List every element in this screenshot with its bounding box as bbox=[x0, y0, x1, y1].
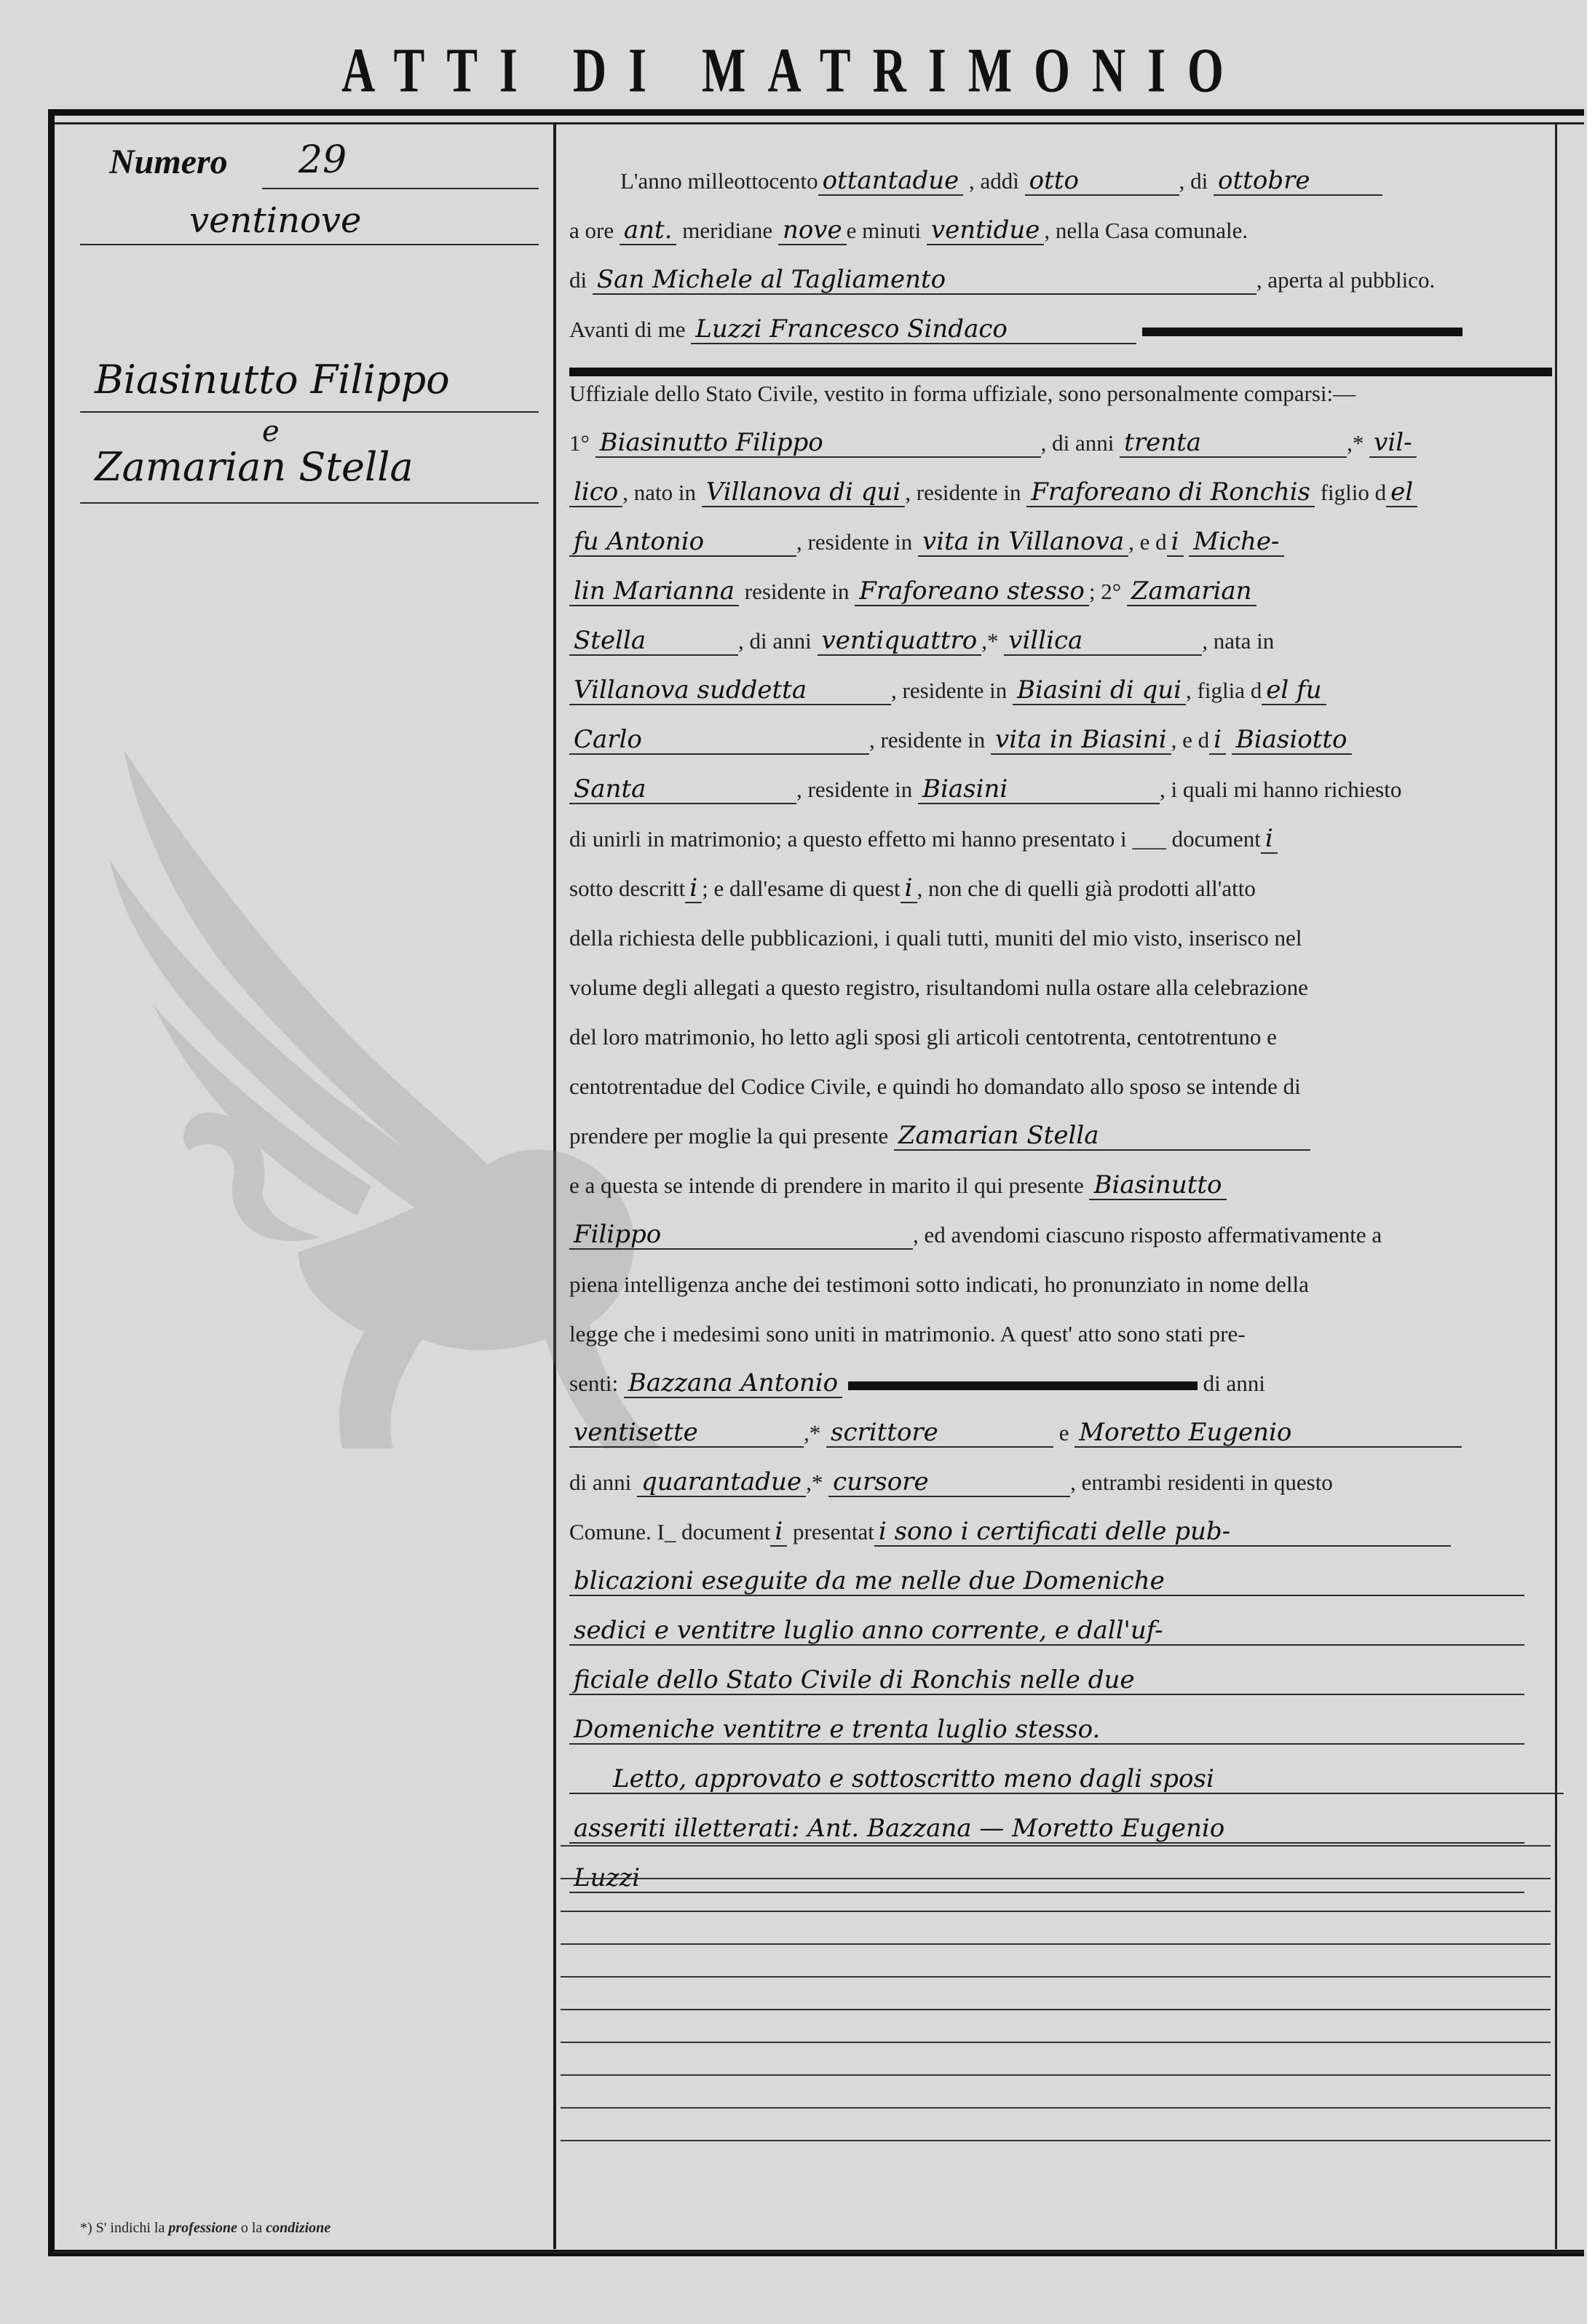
officer-field: Luzzi Francesco Sindaco bbox=[691, 316, 1136, 344]
printed-text: , addì bbox=[969, 168, 1019, 194]
line-witness2: ventisette,* scrittore e Moretto Eugenio bbox=[569, 1408, 1548, 1458]
handwritten-annotation: Domeniche ventitre e trenta luglio stess… bbox=[569, 1716, 1524, 1745]
printed-text: document bbox=[681, 1519, 770, 1544]
place-field: San Michele al Tagliamento bbox=[593, 266, 1256, 295]
ruled-line bbox=[561, 2140, 1551, 2141]
line-groom-origin: lico, nato in Villanova di qui, resident… bbox=[569, 468, 1548, 517]
day-field: otto bbox=[1025, 167, 1179, 196]
line-place: di San Michele al Tagliamento, aperta al… bbox=[569, 255, 1548, 305]
printed-text: , nato in bbox=[622, 480, 696, 505]
consent-bride-field: Zamarian Stella bbox=[894, 1122, 1310, 1151]
line-bride: Stella, di anni ventiquattro,* villica, … bbox=[569, 616, 1548, 666]
printed-text: ,* bbox=[806, 1470, 823, 1495]
line-printed: del loro matrimonio, ho letto agli sposi… bbox=[569, 1012, 1548, 1062]
groom-birthplace-field: Villanova di qui bbox=[702, 479, 905, 507]
printed-text: di anni bbox=[1203, 1371, 1265, 1396]
printed-text: , di anni bbox=[738, 628, 812, 654]
line-documents: sotto descritti; e dall'esame di questi,… bbox=[569, 864, 1548, 913]
bride-field-cont: Stella bbox=[569, 627, 738, 656]
printed-text: , nata in bbox=[1202, 628, 1274, 654]
bride-father-field: Carlo bbox=[569, 726, 869, 755]
line-printed: della richiesta delle pubblicazioni, i q… bbox=[569, 913, 1548, 963]
signatures: asseriti illetterati: Ant. Bazzana — Mor… bbox=[569, 1815, 1524, 1844]
strike-bar bbox=[848, 1381, 1198, 1390]
printed-text: presentat bbox=[793, 1519, 874, 1544]
printed-text: di unirli in matrimonio; a questo effett… bbox=[569, 826, 1127, 852]
bride-father-article: el fu bbox=[1262, 677, 1326, 705]
line-bride-consent: prendere per moglie la qui presente Zama… bbox=[569, 1111, 1548, 1161]
line-bride-mother: Santa, residente in Biasini, i quali mi … bbox=[569, 765, 1548, 814]
numero-words-underline bbox=[80, 244, 539, 245]
printed-text: Comune. I bbox=[569, 1519, 665, 1544]
groom-age-field: trenta bbox=[1120, 429, 1347, 458]
closing-statement: Letto, approvato e sottoscritto meno dag… bbox=[569, 1766, 1564, 1794]
ruled-line bbox=[561, 1943, 1551, 1945]
suffix-field: i bbox=[770, 1518, 787, 1547]
line-bride-origin: Villanova suddetta, residente in Biasini… bbox=[569, 666, 1548, 715]
line-groom-consent: e a questa se intende di prendere in mar… bbox=[569, 1161, 1548, 1210]
numero-underline bbox=[262, 188, 539, 189]
printed-text: , residente in bbox=[796, 529, 912, 555]
strike-bar bbox=[1142, 328, 1463, 336]
act-body: L'anno milleottocentoottantadue , addì o… bbox=[569, 156, 1548, 1903]
minutes-field: ventidue bbox=[927, 217, 1045, 245]
witness2-profession-field: cursore bbox=[828, 1469, 1070, 1497]
margin-groom-name: Biasinutto Filippo bbox=[95, 357, 450, 402]
annotation-line: Domeniche ventitre e trenta luglio stess… bbox=[569, 1705, 1548, 1755]
printed-text: sotto descritt bbox=[569, 876, 685, 901]
printed-text: document bbox=[1172, 826, 1261, 852]
suffix-field: i bbox=[685, 875, 702, 903]
footnote: *) S' indichi la professione o la condiz… bbox=[80, 2220, 331, 2237]
printed-text: , ed avendomi ciascuno risposto affermat… bbox=[913, 1222, 1382, 1248]
printed-text: figlio d bbox=[1321, 480, 1386, 505]
printed-text: di bbox=[569, 267, 587, 293]
line-printed: centotrentadue del Codice Civile, e quin… bbox=[569, 1062, 1548, 1111]
bride-profession-field: villica bbox=[1004, 627, 1202, 656]
groom-field: Biasinutto Filippo bbox=[595, 429, 1041, 458]
handwritten-annotation: i sono i certificati delle pub- bbox=[874, 1518, 1451, 1547]
printed-text: , residente in bbox=[891, 678, 1007, 703]
groom-mother-field: Miche- bbox=[1189, 528, 1283, 557]
groom-mother-residence: Fraforeano stesso bbox=[855, 578, 1089, 606]
printed-text: , i quali mi hanno richiesto bbox=[1160, 777, 1401, 802]
bride-age-field: ventiquattro bbox=[818, 627, 982, 656]
ruled-line bbox=[561, 2009, 1551, 2010]
line-date: L'anno milleottocentoottantadue , addì o… bbox=[569, 156, 1548, 206]
margin-bride-name: Zamarian Stella bbox=[95, 444, 413, 490]
witness2-age-field: quarantadue bbox=[637, 1469, 806, 1497]
printed-text: di anni bbox=[569, 1470, 631, 1495]
groom-father-article: el bbox=[1386, 479, 1417, 507]
annotation-line: ficiale dello Stato Civile di Ronchis ne… bbox=[569, 1656, 1548, 1705]
line-printed: volume degli allegati a questo registro,… bbox=[569, 963, 1548, 1012]
line-officer-title: Uffiziale dello Stato Civile, vestito in… bbox=[569, 369, 1548, 419]
line-bride-parents: Carlo, residente in vita in Biasini, e d… bbox=[569, 715, 1548, 765]
printed-text: prendere per moglie la qui presente bbox=[569, 1123, 888, 1149]
line-groom-parents: fu Antonio, residente in vita in Villano… bbox=[569, 517, 1548, 567]
printed-text: , residente in bbox=[869, 727, 985, 753]
printed-text: , e d bbox=[1128, 529, 1167, 555]
bride-underline bbox=[80, 502, 539, 504]
ruled-line bbox=[561, 2042, 1551, 2043]
bride-residence-field: Biasini di qui bbox=[1013, 677, 1186, 705]
printed-text: Avanti di me bbox=[569, 317, 686, 342]
numero-label: Numero bbox=[109, 142, 228, 182]
printed-text: 1° bbox=[569, 430, 590, 456]
groom-father-field: fu Antonio bbox=[569, 528, 796, 557]
ante-field: ant. bbox=[620, 217, 677, 245]
footnote-prefix: *) S' indichi la bbox=[80, 2220, 165, 2236]
line-printed: legge che i medesimi sono uniti in matri… bbox=[569, 1309, 1548, 1359]
printed-text: , residente in bbox=[796, 777, 912, 802]
bride-mother-field: Biasiotto bbox=[1232, 726, 1352, 755]
year-field: ottantadue bbox=[818, 167, 964, 196]
suffix-field: i bbox=[901, 875, 917, 903]
ruled-line bbox=[561, 1878, 1551, 1879]
line-witness2-details: di anni quarantadue,* cursore, entrambi … bbox=[569, 1458, 1548, 1507]
printed-text: , di anni bbox=[1041, 430, 1115, 456]
bride-father-residence: vita in Biasini bbox=[991, 726, 1171, 755]
month-field: ottobre bbox=[1214, 167, 1382, 196]
printed-text: ,* bbox=[981, 628, 998, 654]
groom-father-residence: vita in Villanova bbox=[918, 528, 1128, 557]
line-printed: piena intelligenza anche dei testimoni s… bbox=[569, 1260, 1548, 1309]
printed-text: e bbox=[1059, 1420, 1069, 1445]
ruled-line bbox=[561, 1911, 1551, 1912]
groom-residence-field: Fraforeano di Ronchis bbox=[1026, 479, 1315, 507]
bride-field: Zamarian bbox=[1127, 578, 1256, 606]
groom-mother-article: i bbox=[1167, 528, 1184, 557]
line-groom-mother: lin Marianna residente in Fraforeano ste… bbox=[569, 567, 1548, 616]
groom-underline bbox=[80, 411, 539, 413]
printed-text: residente in bbox=[745, 579, 850, 604]
right-margin-line bbox=[1555, 124, 1557, 2249]
ruled-line bbox=[561, 2074, 1551, 2076]
bride-mother-article: i bbox=[1209, 726, 1226, 755]
hour-field: nove bbox=[778, 217, 847, 245]
printed-text: L'anno milleottocento bbox=[620, 168, 818, 194]
line-witness1: senti: Bazzana Antonio di anni bbox=[569, 1359, 1548, 1408]
documents-suffix: i bbox=[1261, 825, 1278, 854]
handwritten-annotation: blicazioni eseguite da me nelle due Dome… bbox=[569, 1568, 1524, 1596]
consent-groom-field-cont: Filippo bbox=[569, 1221, 913, 1250]
printed-text: , e d bbox=[1171, 727, 1210, 753]
witness1-age-field: ventisette bbox=[569, 1419, 804, 1448]
consent-groom-field: Biasinutto bbox=[1089, 1172, 1226, 1200]
printed-text: , di bbox=[1179, 168, 1208, 194]
witness1-field: Bazzana Antonio bbox=[624, 1370, 842, 1398]
line-documents-presented: Comune. I_ documenti presentati sono i c… bbox=[569, 1507, 1548, 1557]
printed-text: e a questa se intende di prendere in mar… bbox=[569, 1173, 1084, 1198]
line-request: di unirli in matrimonio; a questo effett… bbox=[569, 814, 1548, 864]
line-time: a ore ant. meridiane novee minuti ventid… bbox=[569, 206, 1548, 255]
printed-text: ,* bbox=[1347, 430, 1364, 456]
printed-text: ,* bbox=[804, 1420, 820, 1445]
footnote-condizione: condizione bbox=[266, 2220, 331, 2236]
groom-profession-field: vil- bbox=[1369, 429, 1416, 458]
page-title: ATTI DI MATRIMONIO bbox=[0, 34, 1587, 107]
record-number: 29 bbox=[298, 138, 347, 182]
printed-text: , nella Casa comunale. bbox=[1044, 218, 1248, 243]
record-number-words: ventinove bbox=[189, 200, 361, 241]
printed-text: , non che di quelli già prodotti all'att… bbox=[917, 876, 1256, 901]
printed-text: , aperta al pubblico. bbox=[1256, 267, 1435, 293]
ruled-line bbox=[561, 1845, 1551, 1847]
bride-mother-field-cont: Santa bbox=[569, 776, 796, 804]
annotation-line: blicazioni eseguite da me nelle due Dome… bbox=[569, 1557, 1548, 1606]
footnote-professione: professione bbox=[168, 2220, 237, 2236]
ruled-line bbox=[561, 2107, 1551, 2109]
printed-text: ; 2° bbox=[1089, 579, 1121, 604]
closing-line: Letto, approvato e sottoscritto meno dag… bbox=[569, 1755, 1548, 1804]
printed-text: e minuti bbox=[847, 218, 921, 243]
handwritten-annotation: ficiale dello Stato Civile di Ronchis ne… bbox=[569, 1667, 1524, 1695]
printed-text: senti: bbox=[569, 1371, 618, 1396]
printed-text: ; e dall'esame di quest bbox=[702, 876, 900, 901]
groom-profession-field-cont: lico bbox=[569, 479, 622, 507]
printed-text: , figlia d bbox=[1186, 678, 1262, 703]
handwritten-annotation: sedici e ventitre luglio anno corrente, … bbox=[569, 1617, 1524, 1646]
line-groom: 1° Biasinutto Filippo, di anni trenta,* … bbox=[569, 419, 1548, 468]
line-officer: Avanti di me Luzzi Francesco Sindaco bbox=[569, 305, 1548, 354]
groom-mother-field-cont: lin Marianna bbox=[569, 578, 739, 606]
witness1-profession-field: scrittore bbox=[826, 1419, 1053, 1448]
ruled-line bbox=[561, 1976, 1551, 1978]
witness2-field: Moretto Eugenio bbox=[1075, 1419, 1462, 1448]
printed-text: meridiane bbox=[682, 218, 772, 243]
line-affirmation: Filippo, ed avendomi ciascuno risposto a… bbox=[569, 1210, 1548, 1260]
footnote-o-la: o la bbox=[241, 2220, 262, 2236]
printed-text: , entrambi residenti in questo bbox=[1070, 1470, 1333, 1495]
bride-birthplace-field: Villanova suddetta bbox=[569, 677, 891, 705]
annotation-line: sedici e ventitre luglio anno corrente, … bbox=[569, 1606, 1548, 1656]
printed-text: a ore bbox=[569, 218, 614, 243]
bride-mother-residence: Biasini bbox=[918, 776, 1160, 804]
printed-text: , residente in bbox=[905, 480, 1021, 505]
